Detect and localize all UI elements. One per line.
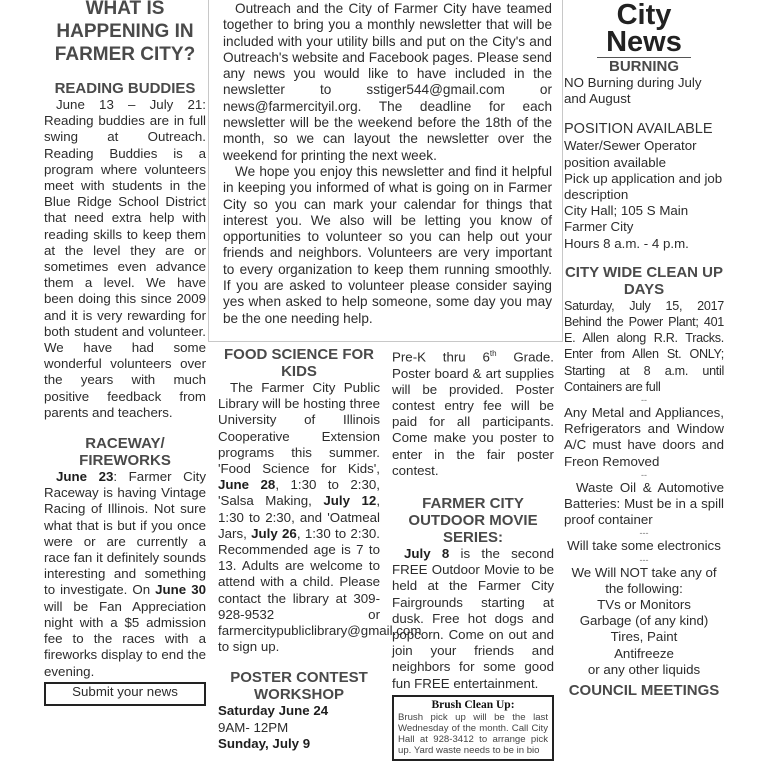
poster-date-2: Sunday, July 9 xyxy=(218,736,380,752)
brush-cleanup-body: Brush pick up will be the last Wednesday… xyxy=(398,712,548,756)
city-news-title-line-1: City xyxy=(564,2,724,29)
food-science-title: FOOD SCIENCE FOR KIDS xyxy=(218,346,380,380)
brush-cleanup-box: Brush Clean Up: Brush pick up will be th… xyxy=(392,695,554,761)
city-news-title-line-2: News xyxy=(564,29,724,56)
reading-buddies-title: READING BUDDIES xyxy=(44,80,206,97)
poster-contest-continued: Pre-K thru 6th Grade. Poster board & art… xyxy=(392,346,554,479)
cleanup-title: CITY WIDE CLEAN UP DAYS xyxy=(564,264,724,298)
not-take-item: or any other liquids xyxy=(564,662,724,678)
poster-contest-title: POSTER CONTEST WORKSHOP xyxy=(218,669,380,703)
cleanup-metal: Any Metal and Appliances, Refrigerators … xyxy=(564,405,724,470)
middle-column-a: FOOD SCIENCE FOR KIDS The Farmer City Pu… xyxy=(218,346,380,768)
not-take-item: Antifreeze xyxy=(564,646,724,662)
middle-column-b: Pre-K thru 6th Grade. Poster board & art… xyxy=(392,346,554,768)
poster-date-1: Saturday June 24 xyxy=(218,703,380,719)
poster-time-1: 9AM- 12PM xyxy=(218,720,380,736)
cleanup-not-take-intro: We Will NOT take any of the following: xyxy=(564,565,724,597)
burning-title: BURNING xyxy=(564,58,724,75)
cleanup-oil: Waste Oil & Automotive Batteries: Must b… xyxy=(564,480,724,529)
movie-series-body: July 8 is the second FREE Outdoor Movie … xyxy=(392,546,554,692)
masthead-title: WHAT IS HAPPENING IN FARMER CITY? xyxy=(44,0,206,66)
cleanup-electronics: Will take some electronics xyxy=(564,538,724,554)
submit-news-box: Submit your news xyxy=(44,682,206,706)
raceway-title: RACEWAY/ FIREWORKS xyxy=(44,435,206,469)
left-column: WHAT IS HAPPENING IN FARMER CITY? READIN… xyxy=(44,0,206,768)
position-title: POSITION AVAILABLE xyxy=(564,121,724,138)
raceway-date-1: June 23 xyxy=(56,469,113,484)
not-take-item: Tires, Paint xyxy=(564,629,724,645)
cleanup-details: Saturday, July 15, 2017 Behind the Power… xyxy=(564,298,724,395)
intro-box: Outreach and the City of Farmer City hav… xyxy=(208,0,563,342)
raceway-body: June 23: Farmer City Raceway is having V… xyxy=(44,469,206,680)
not-take-item: Garbage (of any kind) xyxy=(564,613,724,629)
movie-series-title: FARMER CITY OUTDOOR MOVIE SERIES: xyxy=(392,495,554,546)
burning-body: NO Burning during July and August xyxy=(564,75,724,107)
intro-paragraph-1: Outreach and the City of Farmer City hav… xyxy=(223,0,552,164)
reading-buddies-body: June 13 – July 21: Reading buddies are i… xyxy=(44,97,206,421)
right-column: City News BURNING NO Burning during July… xyxy=(564,0,724,768)
intro-paragraph-2: We hope you enjoy this newsletter and fi… xyxy=(223,164,552,327)
council-meetings-title: COUNCIL MEETINGS xyxy=(564,682,724,699)
food-science-body: The Farmer City Public Library will be h… xyxy=(218,380,380,655)
brush-cleanup-title: Brush Clean Up: xyxy=(398,699,548,712)
raceway-date-2: June 30 xyxy=(155,582,206,597)
not-take-item: TVs or Monitors xyxy=(564,597,724,613)
